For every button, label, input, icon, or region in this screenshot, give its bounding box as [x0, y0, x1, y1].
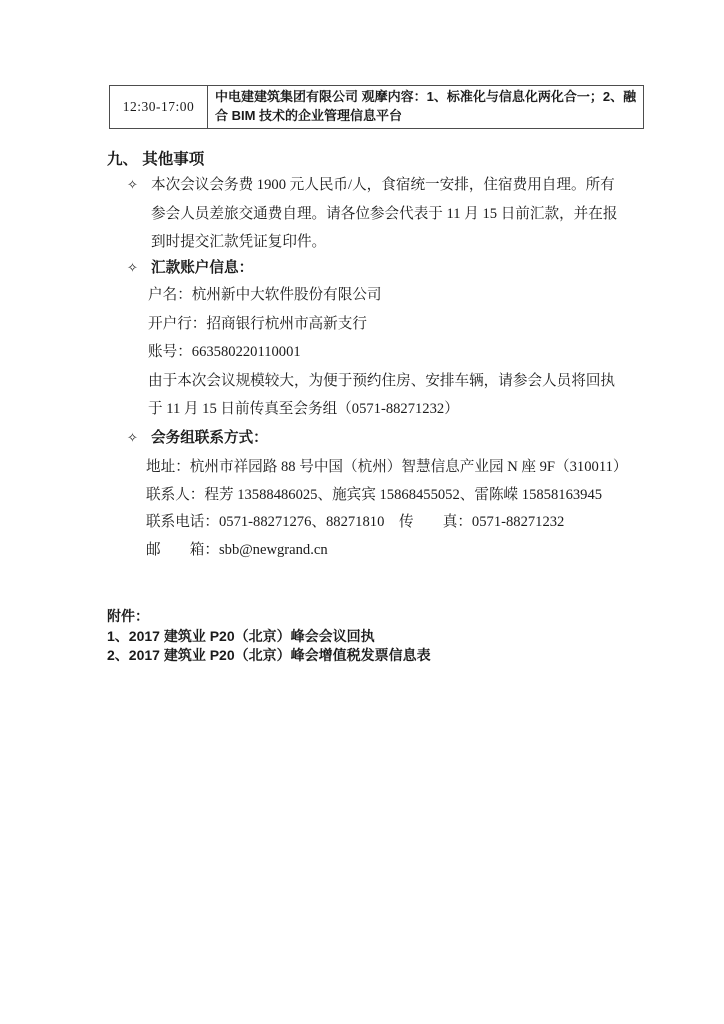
attachment-item: 2、2017 建筑业 P20（北京）峰会增值税发票信息表	[107, 646, 431, 666]
attachments-block: 附件： 1、2017 建筑业 P20（北京）峰会会议回执 2、2017 建筑业 …	[107, 607, 431, 666]
bank-line: 开户行：招商银行杭州市高新支行	[148, 310, 628, 339]
document-page: 12:30-17:00 中电建建筑集团有限公司 观摩内容：1、标准化与信息化两化…	[0, 0, 724, 1024]
diamond-bullet-icon: ✧	[127, 254, 151, 283]
attachment-item: 1、2017 建筑业 P20（北京）峰会会议回执	[107, 627, 431, 647]
fax-note-paragraph: 由于本次会议规模较大，为便于预约住房、安排车辆，请参会人员将回执于 11 月 1…	[148, 367, 628, 424]
contacts-line: 联系人：程芳 13588486025、施宾宾 15868455052、雷陈嵘 1…	[146, 482, 638, 510]
contact-details: 地址：杭州市祥园路 88 号中国（杭州）智慧信息产业园 N 座 9F（31001…	[146, 454, 638, 564]
remittance-details: 户名：杭州新中大软件股份有限公司 开户行：招商银行杭州市高新支行 账号：6635…	[148, 281, 628, 424]
schedule-time-cell: 12:30-17:00	[110, 86, 208, 128]
fees-paragraph: 本次会议会务费 1900 元人民币/人，食宿统一安排，住宿费用自理。所有参会人员…	[151, 171, 623, 257]
account-number-line: 账号：663580220110001	[148, 338, 628, 367]
contact-title: 会务组联系方式：	[151, 424, 527, 453]
section-heading: 九、 其他事项	[107, 149, 204, 171]
attachments-heading: 附件：	[107, 607, 431, 627]
account-name-line: 户名：杭州新中大软件股份有限公司	[148, 281, 628, 310]
schedule-content-cell: 中电建建筑集团有限公司 观摩内容：1、标准化与信息化两化合一；2、融合 BIM …	[208, 86, 643, 128]
schedule-table: 12:30-17:00 中电建建筑集团有限公司 观摩内容：1、标准化与信息化两化…	[109, 85, 644, 129]
remittance-title: 汇款账户信息：	[151, 254, 527, 283]
bullet-item-contact: ✧ 会务组联系方式：	[127, 424, 527, 453]
diamond-bullet-icon: ✧	[127, 424, 151, 453]
email-line: 邮 箱：sbb@newgrand.cn	[146, 537, 638, 565]
phone-fax-line: 联系电话：0571-88271276、88271810 传 真：0571-882…	[146, 509, 638, 537]
address-line: 地址：杭州市祥园路 88 号中国（杭州）智慧信息产业园 N 座 9F（31001…	[146, 454, 638, 482]
diamond-bullet-icon: ✧	[127, 171, 151, 257]
bullet-item-remittance: ✧ 汇款账户信息：	[127, 254, 527, 283]
bullet-item-fees: ✧ 本次会议会务费 1900 元人民币/人，食宿统一安排，住宿费用自理。所有参会…	[127, 171, 623, 257]
